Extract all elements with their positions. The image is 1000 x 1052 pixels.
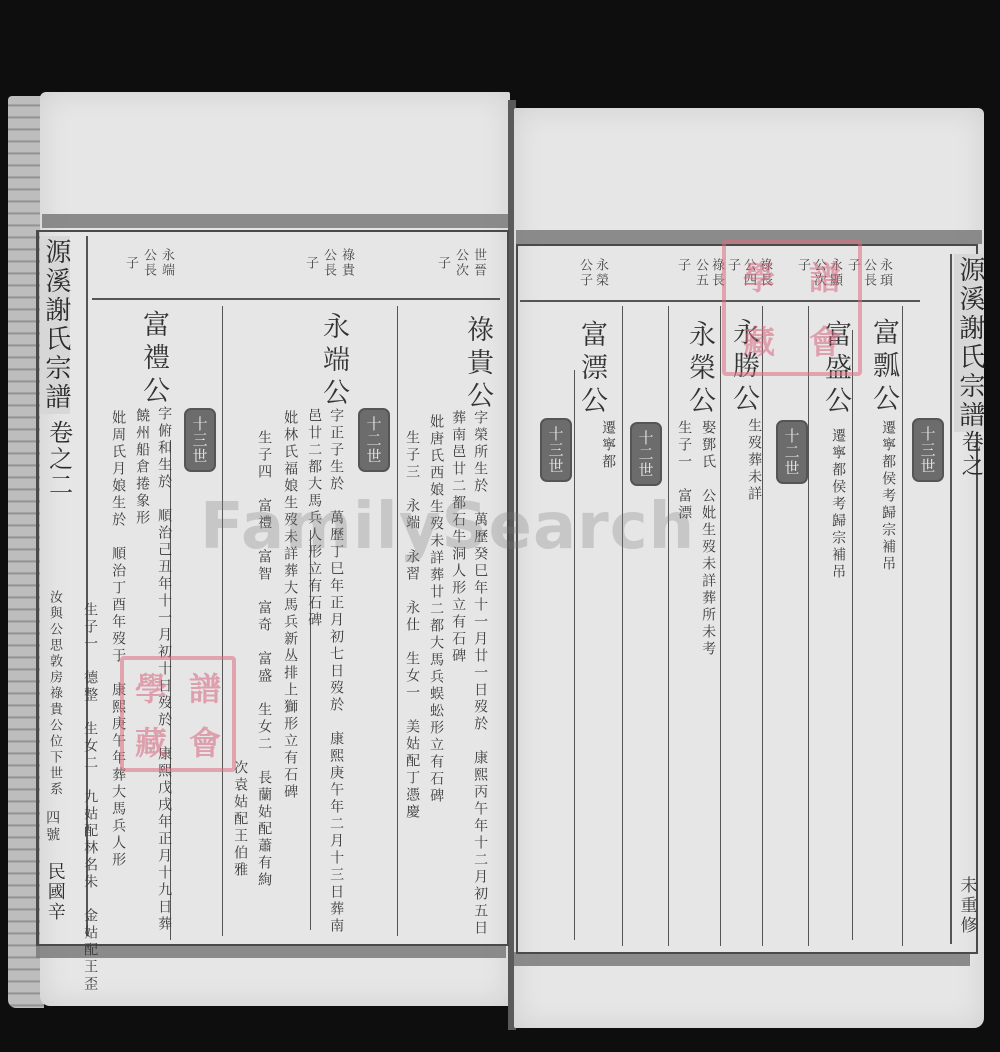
entry-name-yongduan: 永端公	[318, 312, 349, 411]
entry-fuli-col2: 饒州船倉捲象形	[134, 408, 150, 527]
collection-stamp: 學 譜 藏 會	[120, 656, 236, 772]
stamp-char: 譜	[178, 664, 232, 710]
entry-fusheng-col1: 遷寧都侯考歸宗補吊	[830, 428, 846, 581]
right-col-divider	[762, 306, 763, 946]
right-header-3-l2: 公五	[692, 258, 707, 288]
left-header-1-l3: 子	[302, 256, 317, 271]
left-header-2-l2: 公長	[140, 248, 155, 278]
right-volume-label: 卷之	[958, 430, 983, 478]
right-header-0-l2: 公長	[860, 258, 875, 288]
left-header-2-l3: 子	[122, 256, 137, 271]
entry-fuli-col3: 妣周氏月娘生於 順治丁酉年歿于 康熙庚午年葬大馬兵人形	[110, 410, 126, 869]
left-margin-lower-text: 汝與公思敦房祿貴公位下世系	[46, 590, 61, 798]
stamp-char: 學	[726, 253, 792, 299]
right-col-divider	[720, 306, 721, 946]
entry-name-yongrong: 永榮公	[684, 320, 715, 419]
left-header-2-l1: 永端	[158, 248, 173, 278]
left-header-0-l2: 公次	[452, 248, 467, 278]
right-col-divider	[902, 306, 903, 946]
right-margin-title: 源溪謝氏宗譜	[954, 254, 984, 432]
left-bottom-border	[36, 944, 506, 958]
entry-yongduan-col5: 次袁姑配王伯雅	[232, 760, 248, 879]
generation-badge: 十二世	[358, 408, 390, 472]
right-col-divider	[622, 306, 623, 946]
stamp-char: 會	[792, 317, 858, 363]
entry-yongduan-col1: 字正子生於 萬歷丁巳年正月初七日歿於 康熙庚午年二月十三日葬南	[328, 408, 344, 935]
entry-name-fupiao-gourd: 富瓢公	[868, 318, 899, 417]
left-margin-bottom-2: 民國辛	[44, 862, 65, 922]
right-header-0-l1: 永頊	[876, 258, 891, 288]
entry-fupiao-gourd-col1: 遷寧都侯考歸宗補吊	[880, 420, 896, 573]
left-header-1-l2: 公長	[320, 248, 335, 278]
entry-lugui-col4: 生子三 永端 永習 永仕 生女一 美姑配丁憑慶	[404, 430, 420, 821]
stamp-char: 藏	[726, 317, 792, 363]
left-header-0-l1: 世晉	[470, 248, 485, 278]
left-volume-label: 卷之二	[44, 420, 72, 498]
left-col-divider	[397, 306, 398, 936]
right-header-4-l1: 永榮	[592, 258, 607, 288]
left-header-1-l1: 祿貴	[338, 248, 353, 278]
left-header-0-l3: 子	[434, 256, 449, 271]
stamp-char: 藏	[124, 718, 178, 764]
left-top-border	[42, 214, 508, 228]
left-margin-bottom-1: 四號	[44, 810, 60, 844]
left-col-divider	[222, 306, 223, 936]
entry-fuli-col4: 生子一 德整 生女二 九姑配林名朱 金姑配王歪	[82, 602, 98, 993]
generation-badge: 十二世	[776, 420, 808, 484]
generation-badge: 十三世	[540, 418, 572, 482]
generation-badge: 十三世	[912, 418, 944, 482]
familysearch-watermark: FamilySearch	[200, 490, 695, 564]
right-header-4-l2: 公子	[576, 258, 591, 288]
left-margin-title: 源溪謝氏宗譜	[40, 236, 70, 414]
entry-fupiao-col1: 遷寧都	[600, 420, 616, 471]
entry-name-lugui: 祿貴公	[462, 315, 493, 414]
entry-name-fuli: 富禮公	[138, 310, 169, 409]
entry-yongsheng-col1: 生歿葬未詳	[746, 418, 762, 503]
right-margin-rule	[950, 254, 952, 944]
entry-name-fupiao: 富漂公	[576, 320, 607, 419]
entry-yongrong-col1: 娶鄧氏 公妣生歿未詳葬所未考	[700, 420, 716, 658]
right-col-divider	[852, 330, 853, 940]
right-header-3-l3: 子	[674, 258, 689, 273]
entry-yongduan-col3: 妣林氏福娘生歿未詳葬大馬兵新丛排上獅形立有石碑	[282, 410, 298, 801]
generation-badge: 十三世	[184, 408, 216, 472]
right-col-divider	[668, 306, 669, 946]
stamp-char: 學	[124, 664, 178, 710]
right-margin-bottom: 未重修	[956, 876, 976, 936]
right-bottom-border	[514, 952, 970, 966]
right-col-divider	[574, 370, 575, 940]
collection-stamp: 學 譜 藏 會	[722, 240, 862, 376]
right-header-3-l1: 祿長	[708, 258, 723, 288]
entry-lugui-col3: 妣唐氏西娘生歿未詳葬廿二都大馬兵蜈蚣形立有石碑	[428, 414, 444, 805]
stamp-char: 會	[178, 718, 232, 764]
generation-badge: 十二世	[630, 422, 662, 486]
stamp-char: 譜	[792, 253, 858, 299]
right-col-divider	[808, 306, 809, 946]
